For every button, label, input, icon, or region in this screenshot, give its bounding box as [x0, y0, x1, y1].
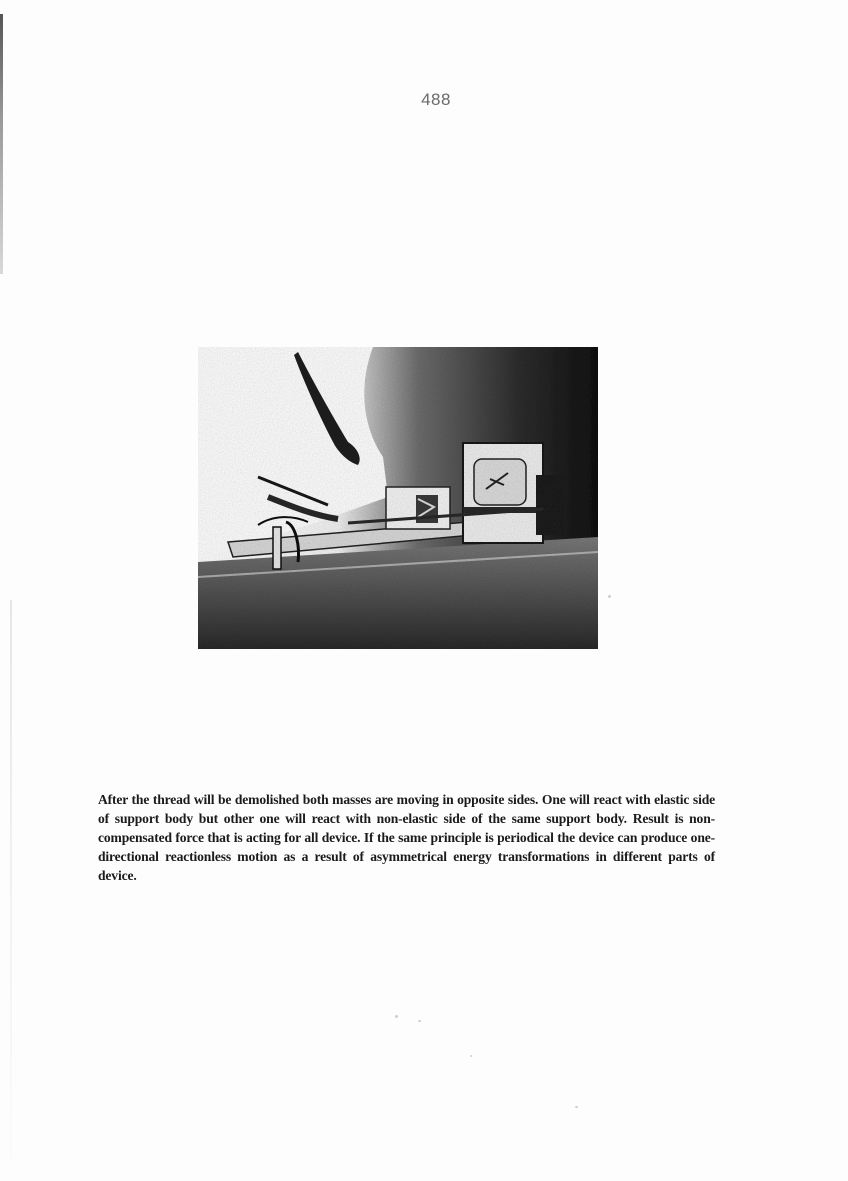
scan-speck — [608, 595, 611, 598]
photograph-icon — [198, 347, 598, 649]
device-photograph — [198, 347, 598, 649]
scan-speck — [395, 1015, 398, 1018]
scan-edge-shadow — [0, 14, 3, 274]
body-paragraph: After the thread will be demolished both… — [98, 790, 715, 885]
scan-speck — [418, 1020, 421, 1022]
scan-edge-faint — [10, 600, 12, 1160]
page-number: 488 — [0, 90, 848, 110]
scan-speck — [470, 1055, 472, 1057]
scan-speck — [575, 1106, 578, 1108]
